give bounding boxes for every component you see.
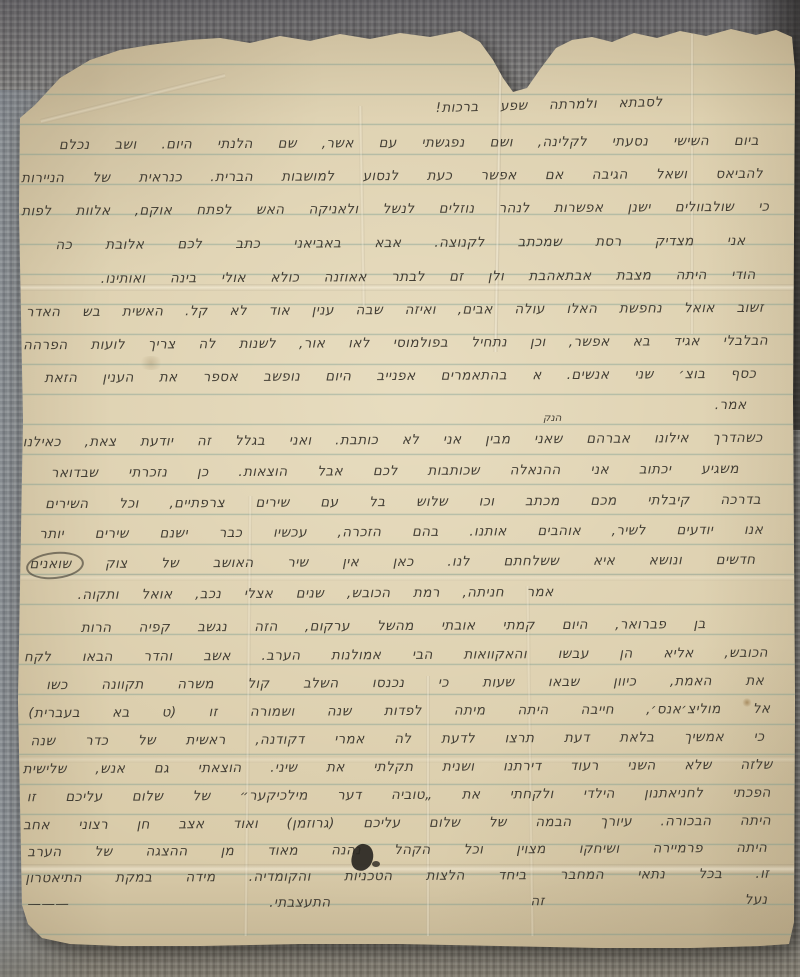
handwriting-line: זו. בכל נתאי המחבר ביחד הלצות הטכניות וה…	[25, 864, 769, 889]
photo-of-letter: לסבתא ולמרתה שפע ברכות!ביום השישי נסעתי …	[0, 0, 800, 977]
handwriting-line: משגיע יכתוב אני ההנאלה שכותבות לכם אבל ה…	[51, 459, 739, 483]
handwriting-line: ביום השישי נסעתי לקלינה, ושם נפגשתי עם א…	[59, 131, 759, 155]
handwriting-line: הכובש, אליא הן עבשו והאקוואות הבי אמולנו…	[24, 643, 768, 668]
handwriting-line: הפכתי לחניאתנון הילדי ולקחתי את „טוביה ד…	[27, 783, 771, 808]
handwriting-line: אמר חניתה, רמת הכובש, שנים אצלי נכב, אוא…	[78, 582, 554, 605]
handwriting-line: היתה הבכורה. עיורך הבמה של שלום עליכם (ג…	[23, 811, 771, 836]
handwriting-line: אל מוליצ׳אנס׳, חייבה היתה מיתה לפדות שנה…	[28, 699, 770, 724]
handwriting-line: כי אמשיך בלאת דעת תרצו לדעת לה אמרי דקוד…	[30, 727, 764, 751]
handwriting-line: להביאס ושאל הגיבה אם אפשר כעת לנסוע למוש…	[21, 164, 763, 189]
handwriting-line: כסף בוצ׳ שני אנשים. א בהתאמרים אפנייב הי…	[44, 364, 756, 388]
handwriting-line: כי שולבוולים ישנן אפשרות לנהר נוזלים לנש…	[21, 197, 769, 222]
ink-blot	[372, 861, 380, 867]
handwriting-line: נעל זה התעצבתי. ———	[27, 890, 767, 915]
superscript-insertion: הנק	[543, 412, 562, 424]
handwriting-line: שלזה שלא השני רעוד דירתנו ושנית תקלתי את…	[23, 755, 773, 780]
handwriting-line: הודי היתה מצבת אבתאהבת ולן זם לבתר אאוזנ…	[101, 265, 756, 289]
handwriting-line: כשהדרך אילונו אברהם שאני מבין אני לא כות…	[23, 428, 763, 453]
handwriting-line: בדרכה קיבלתי מכם מכתב וכו שלוש בל עם שיר…	[45, 490, 761, 514]
handwriting-line: את האמת, כיוון שבאו שעות כי נכנסו השלב ק…	[46, 671, 764, 695]
handwriting-line: אנו יודעים לשיר, אוהבים אותנו. בהם הזכרה…	[39, 520, 763, 544]
handwriting: לסבתא ולמרתה שפע ברכות!ביום השישי נסעתי …	[0, 0, 800, 977]
handwriting-line: זשוב אואל נחפשת האלו עולה אבים, ואיזה שב…	[26, 298, 764, 323]
handwriting-line: היתה פרמיירה ושיחקו מצוין וכל הקהל נהנה …	[27, 838, 767, 863]
handwriting-line: אמר.	[688, 395, 746, 415]
handwriting-line: חדשים ונושא איא ששלחתם לנו. כאן אין שיר …	[29, 550, 755, 574]
handwriting-line: הבלבלי אגיד בא אפשר, וכן נתחיל בפולמוסי …	[23, 331, 768, 356]
handwriting-line: לסבתא ולמרתה שפע ברכות!	[435, 92, 662, 118]
handwriting-line: אני מצדיק רסת שמכתב לקנוצה. אבא באביאני …	[55, 231, 745, 255]
handwriting-line: בן פברואר, היום קמתי אובתי מהשל ערקום, ה…	[81, 614, 706, 638]
